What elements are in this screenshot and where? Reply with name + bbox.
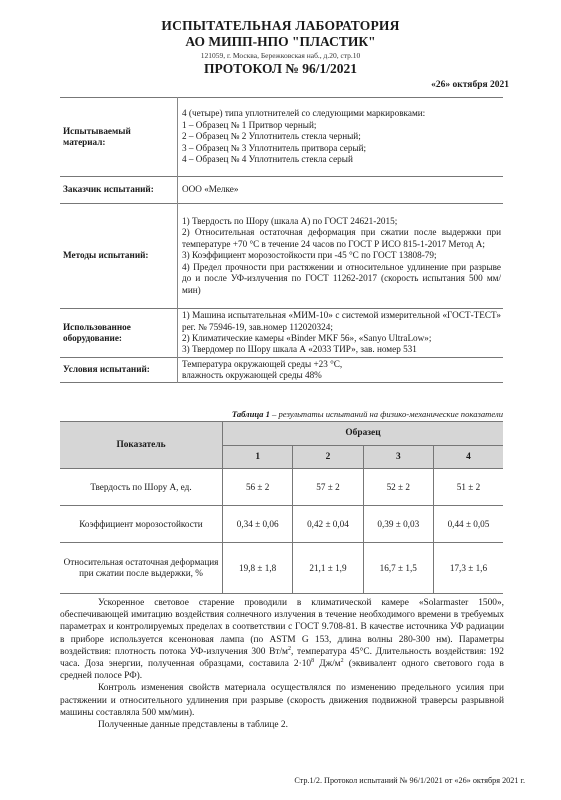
protocol-title: ПРОТОКОЛ № 96/1/2021 <box>0 61 561 77</box>
conditions-label: Условия испытаний: <box>60 358 178 383</box>
col-indicator-header: Показатель <box>60 422 223 469</box>
method-line: 1) Твердость по Шору (шкала А) по ГОСТ 2… <box>182 216 501 227</box>
cell-value: 52 ± 2 <box>363 469 433 506</box>
methods-value: 1) Твердость по Шору (шкала А) по ГОСТ 2… <box>178 204 504 309</box>
material-line: 1 – Образец № 1 Притвор черный; <box>182 120 501 131</box>
sample-number: 2 <box>293 445 363 469</box>
info-table: Испытываемый материал: 4 (четыре) типа у… <box>60 97 503 383</box>
page-footer: Стр.1/2. Протокол испытаний № 96/1/2021 … <box>294 776 525 785</box>
table-row: Коэффициент морозостойкости 0,34 ± 0,06 … <box>60 506 503 543</box>
conditions-line: влажность окружающей среды 48% <box>182 370 501 381</box>
cell-value: 19,8 ± 1,8 <box>223 543 293 594</box>
material-line: 3 – Образец № 3 Уплотнитель притвора сер… <box>182 143 501 154</box>
cell-value: 0,34 ± 0,06 <box>223 506 293 543</box>
equipment-label: Использованное оборудование: <box>60 309 178 358</box>
lab-name: ИСПЫТАТЕЛЬНАЯ ЛАБОРАТОРИЯ <box>0 18 561 34</box>
info-row-customer: Заказчик испытаний: ООО «Мелке» <box>60 177 503 204</box>
customer-label: Заказчик испытаний: <box>60 177 178 204</box>
methods-label: Методы испытаний: <box>60 204 178 309</box>
body-text: Ускоренное световое старение проводили в… <box>60 597 504 731</box>
method-line: 2) Относительная остаточная деформация п… <box>182 227 501 250</box>
material-line: 4 – Образец № 4 Уплотнитель стекла серый <box>182 154 501 165</box>
row-name: Коэффициент морозостойкости <box>60 506 223 543</box>
material-line: 2 – Образец № 2 Уплотнитель стекла черны… <box>182 131 501 142</box>
protocol-date: «26» октября 2021 <box>431 80 509 90</box>
table-caption-number: Таблица 1 <box>232 409 270 419</box>
material-line: 4 (четыре) типа уплотнителей со следующи… <box>182 108 501 119</box>
results-header-row: Показатель Образец <box>60 422 503 446</box>
text-run: Дж/м <box>314 659 341 669</box>
equipment-line: 2) Климатические камеры «Binder MKF 56»,… <box>182 333 501 344</box>
cell-value: 51 ± 2 <box>433 469 503 506</box>
cell-value: 0,42 ± 0,04 <box>293 506 363 543</box>
org-address: 121059, г. Москва, Бережковская наб., д.… <box>0 51 561 60</box>
org-name: АО МИПП-НПО "ПЛАСТИК" <box>0 34 561 50</box>
table-caption-text: – результаты испытаний на физико-механич… <box>270 409 503 419</box>
col-sample-header: Образец <box>223 422 504 446</box>
table-row: Твердость по Шору А, ед. 56 ± 2 57 ± 2 5… <box>60 469 503 506</box>
customer-value: ООО «Мелке» <box>178 177 504 204</box>
sample-number: 3 <box>363 445 433 469</box>
material-value: 4 (четыре) типа уплотнителей со следующи… <box>178 98 504 177</box>
table-caption: Таблица 1 – результаты испытаний на физи… <box>60 409 503 419</box>
paragraph-control: Контроль изменения свойств материала осу… <box>60 682 504 719</box>
conditions-line: Температура окружающей среды +23 °С, <box>182 359 501 370</box>
cell-value: 16,7 ± 1,5 <box>363 543 433 594</box>
info-row-equipment: Использованное оборудование: 1) Машина и… <box>60 309 503 358</box>
cell-value: 56 ± 2 <box>223 469 293 506</box>
method-line: 4) Предел прочности при растяжении и отн… <box>182 262 501 296</box>
paragraph-results: Полученные данные представлены в таблице… <box>60 719 504 731</box>
cell-value: 57 ± 2 <box>293 469 363 506</box>
table-row: Относительная остаточная деформация при … <box>60 543 503 594</box>
cell-value: 0,44 ± 0,05 <box>433 506 503 543</box>
results-table: Показатель Образец 1 2 3 4 Твердость по … <box>60 421 503 594</box>
info-row-material: Испытываемый материал: 4 (четыре) типа у… <box>60 98 503 177</box>
cell-value: 21,1 ± 1,9 <box>293 543 363 594</box>
cell-value: 0,39 ± 0,03 <box>363 506 433 543</box>
sample-number: 4 <box>433 445 503 469</box>
material-label: Испытываемый материал: <box>60 98 178 177</box>
equipment-line: 1) Машина испытательная «МИМ-10» с систе… <box>182 310 501 333</box>
sample-number: 1 <box>223 445 293 469</box>
conditions-value: Температура окружающей среды +23 °С, вла… <box>178 358 504 383</box>
info-row-methods: Методы испытаний: 1) Твердость по Шору (… <box>60 204 503 309</box>
equipment-line: 3) Твердомер по Шору шкала А «2033 ТИР»,… <box>182 344 501 355</box>
row-name: Твердость по Шору А, ед. <box>60 469 223 506</box>
cell-value: 17,3 ± 1,6 <box>433 543 503 594</box>
method-line: 3) Коэффициент морозостойкости при -45 °… <box>182 250 501 261</box>
info-row-conditions: Условия испытаний: Температура окружающе… <box>60 358 503 383</box>
paragraph-aging: Ускоренное световое старение проводили в… <box>60 597 504 682</box>
equipment-value: 1) Машина испытательная «МИМ-10» с систе… <box>178 309 504 358</box>
row-name: Относительная остаточная деформация при … <box>60 543 223 594</box>
